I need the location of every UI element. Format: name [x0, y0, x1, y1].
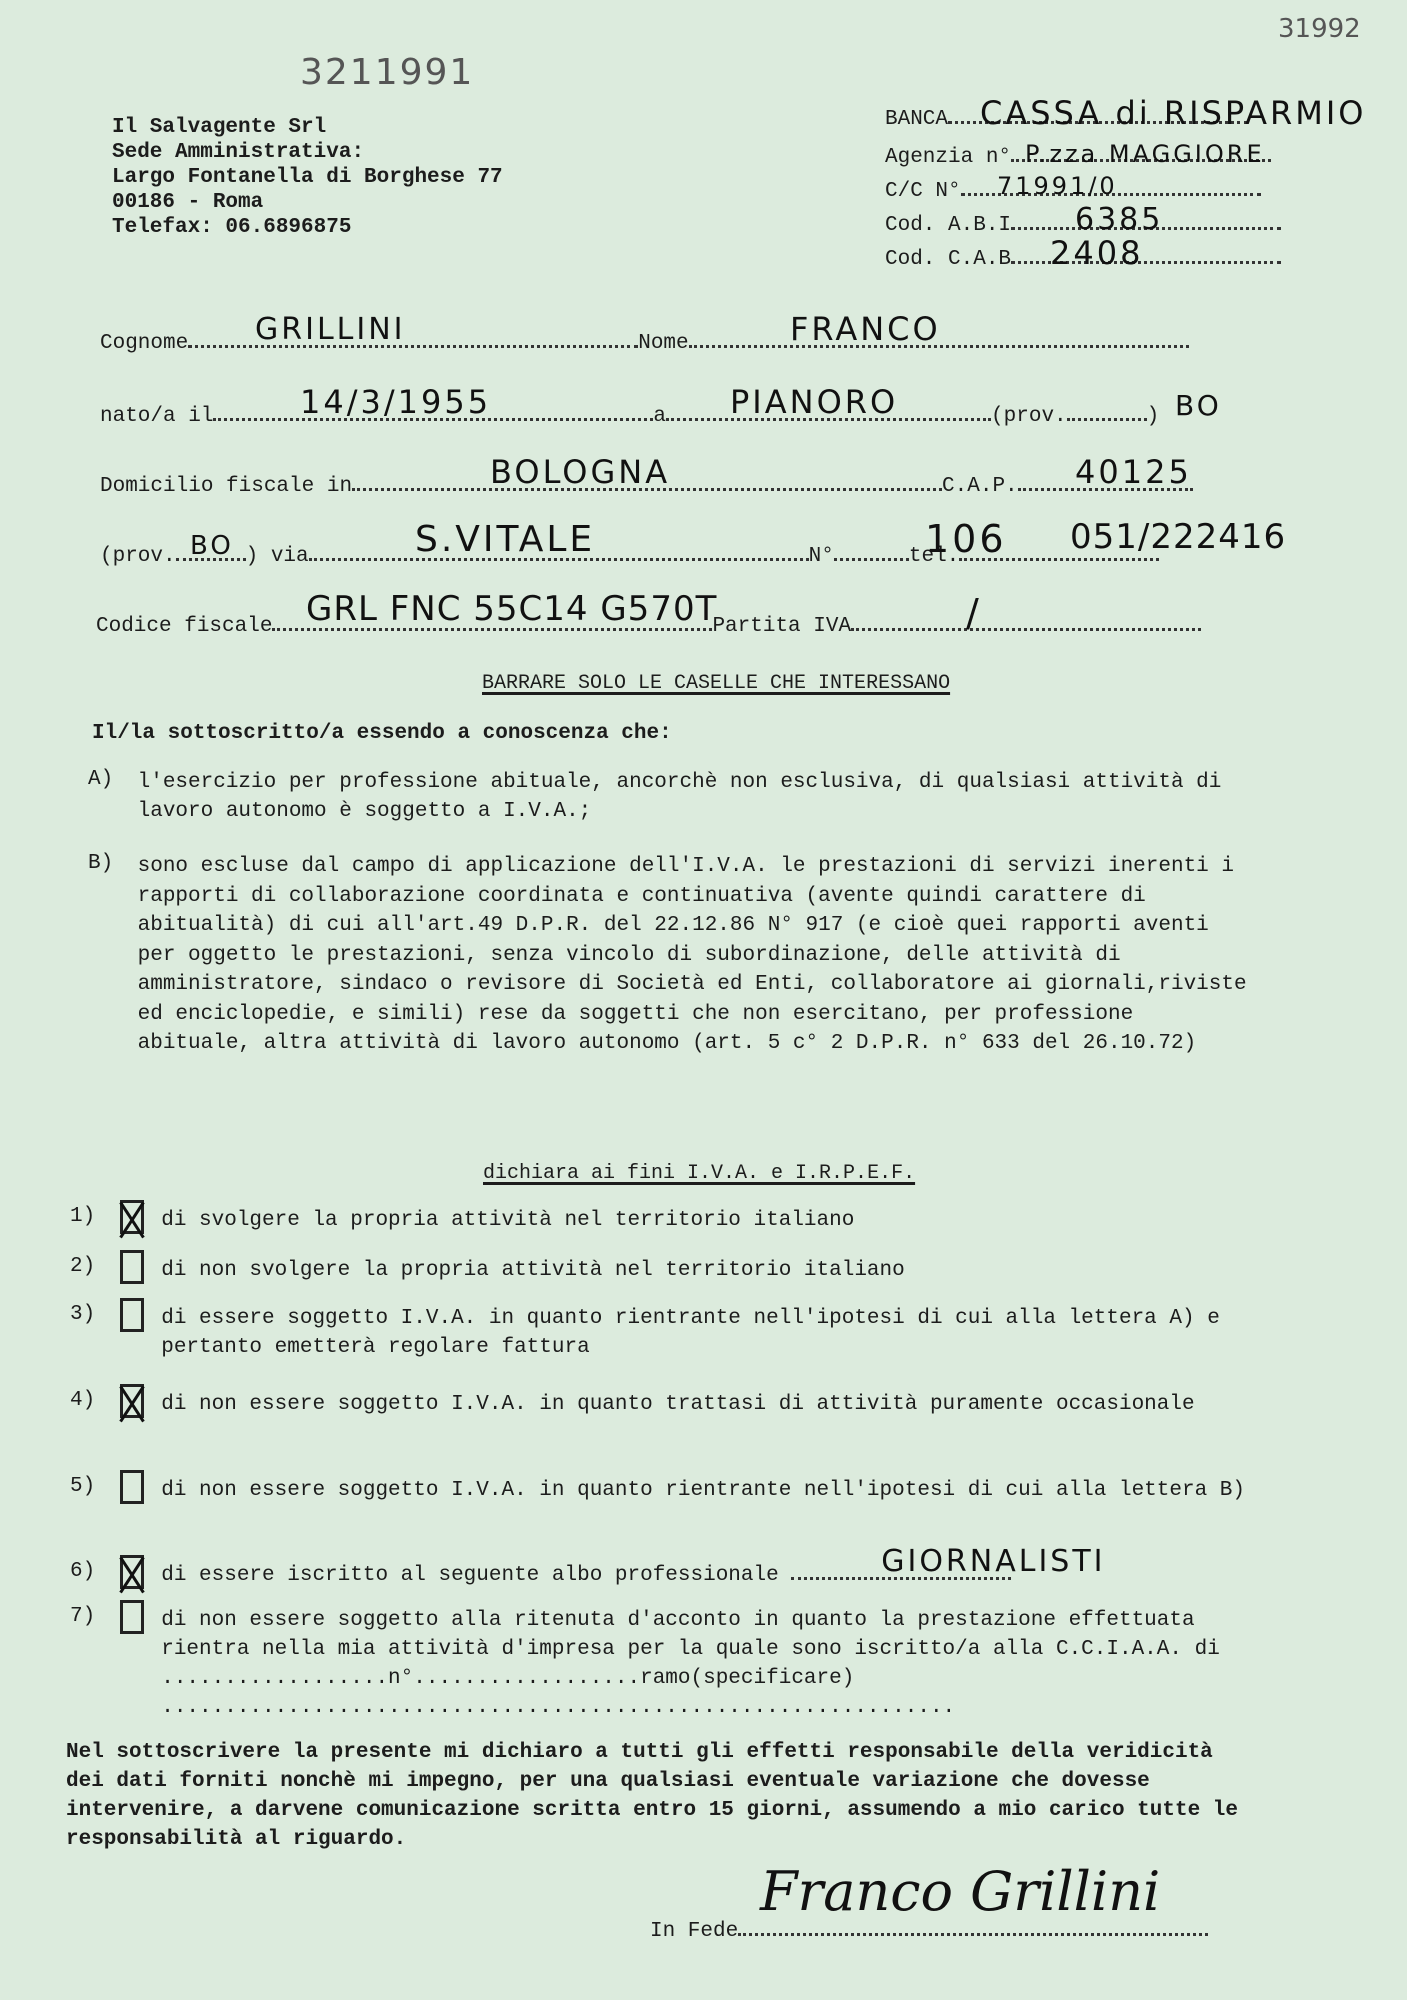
cab-value[interactable]: 2408 — [1050, 234, 1143, 272]
abi-value[interactable]: 6385 — [1075, 202, 1163, 237]
declaration-number: 5) — [70, 1475, 110, 1498]
prov2-value[interactable]: BO — [190, 531, 234, 561]
checkbox-5[interactable] — [120, 1470, 144, 1504]
birth-province-value[interactable]: BO — [1175, 389, 1222, 422]
declaration-item-3: 3) di essere soggetto I.V.A. in quanto r… — [70, 1298, 1320, 1362]
declaration-heading: dichiara ai fini I.V.A. e I.R.P.E.F. — [483, 1162, 915, 1185]
declaration-text: di non essere soggetto I.V.A. in quanto … — [161, 1476, 1261, 1505]
premise-a: A) l'esercizio per professione abituale,… — [88, 768, 1268, 826]
cognome-label: Cognome — [100, 332, 188, 355]
instructions-heading: BARRARE SOLO LE CASELLE CHE INTERESSANO — [482, 672, 950, 695]
intro-text: Il/la sottoscritto/a essendo a conoscenz… — [92, 722, 672, 745]
declaration-item-7: 7) di non essere soggetto alla ritenuta … — [70, 1600, 1320, 1722]
declaration-item-6: 6) di essere iscritto al seguente albo p… — [70, 1555, 1320, 1590]
cf-label: Codice fiscale — [96, 615, 272, 638]
premise-b: B) sono escluse dal campo di applicazion… — [88, 852, 1268, 1059]
company-name: Il Salvagente Srl — [112, 115, 503, 140]
declaration-number: 6) — [70, 1560, 110, 1583]
piva-label: Partita IVA — [712, 615, 851, 638]
cc-value[interactable]: 71991/0 — [997, 172, 1118, 200]
checkbox-6[interactable] — [120, 1555, 144, 1589]
checkbox-2[interactable] — [120, 1250, 144, 1284]
declaration-number: 1) — [70, 1205, 110, 1228]
company-address: Largo Fontanella di Borghese 77 — [112, 165, 503, 190]
cab-row: Cod. C.A.B 2408 — [885, 248, 1305, 282]
declaration-text: di essere soggetto I.V.A. in quanto rien… — [161, 1304, 1261, 1362]
bank-label: BANCA — [885, 108, 948, 131]
tel-value[interactable]: 051/222416 — [1070, 517, 1286, 557]
domicilio-row: Domicilio fiscale inC.A.P. BOLOGNA 40125 — [100, 475, 1280, 498]
declaration-text-wrap: di essere iscritto al seguente albo prof… — [161, 1561, 1261, 1590]
declaration-number: 4) — [70, 1389, 110, 1412]
nome-label: Nome — [638, 332, 688, 355]
declaration-number: 7) — [70, 1605, 110, 1628]
via-value[interactable]: S.VITALE — [415, 519, 595, 560]
signature-row: In Fede — [650, 1920, 1208, 1943]
declaration-item-4: 4) di non essere soggetto I.V.A. in quan… — [70, 1384, 1320, 1419]
company-header: Il Salvagente Srl Sede Amministrativa: L… — [112, 115, 503, 240]
declaration-text: di non essere soggetto I.V.A. in quanto … — [161, 1390, 1261, 1419]
codice-fiscale-row: Codice fiscalePartita IVA GRL FNC 55C14 … — [96, 615, 1276, 638]
indirizzo-row: (prov.) viaN°tel. BO S.VITALE 106 051/22… — [100, 545, 1280, 568]
cognome-nome-row: CognomeNome GRILLINI FRANCO — [100, 332, 1280, 355]
agenzia-value[interactable]: P.zza MAGGIORE — [1025, 140, 1265, 168]
premise-text: sono escluse dal campo di applicazione d… — [138, 852, 1258, 1059]
handwritten-year-note: 31992 — [1278, 14, 1361, 44]
bank-details: BANCA CASSA di RISPARMIO Agenzia n° P.zz… — [885, 108, 1305, 282]
via-label: ) via — [246, 545, 309, 568]
signature: Franco Grillini — [760, 1860, 1160, 1923]
prov2-label: (prov. — [100, 545, 176, 568]
cab-label: Cod. C.A.B — [885, 248, 1011, 271]
prov-close: ) — [1147, 405, 1160, 428]
company-city: 00186 - Roma — [112, 190, 503, 215]
nato-label: nato/a il — [100, 405, 213, 428]
piva-value[interactable]: / — [966, 591, 982, 635]
signature-label: In Fede — [650, 1920, 738, 1943]
bank-value[interactable]: CASSA di RISPARMIO — [980, 94, 1366, 132]
declaration-item-5: 5) di non essere soggetto I.V.A. in quan… — [70, 1470, 1320, 1505]
domicilio-label: Domicilio fiscale in — [100, 475, 352, 498]
checkbox-3[interactable] — [120, 1298, 144, 1332]
domicilio-value[interactable]: BOLOGNA — [490, 453, 670, 491]
albo-value[interactable]: GIORNALISTI — [881, 1547, 1105, 1576]
checkbox-4[interactable] — [120, 1384, 144, 1418]
cf-value[interactable]: GRL FNC 55C14 G570T — [306, 589, 717, 629]
checkbox-1[interactable] — [120, 1200, 144, 1234]
declaration-text: di non essere soggetto alla ritenuta d'a… — [161, 1606, 1261, 1722]
birth-place-value[interactable]: PIANORO — [730, 383, 898, 421]
prov-label: (prov. — [991, 405, 1067, 428]
declaration-number: 3) — [70, 1303, 110, 1326]
declaration-text: di non svolgere la propria attività nel … — [161, 1256, 1261, 1285]
handwritten-reference-number: 3211991 — [300, 52, 474, 93]
declaration-item-1: 1) di svolgere la propria attività nel t… — [70, 1200, 1320, 1235]
declaration-text: di svolgere la propria attività nel terr… — [161, 1206, 1261, 1235]
checkbox-7[interactable] — [120, 1600, 144, 1634]
cap-label: C.A.P. — [942, 475, 1018, 498]
declaration-number: 2) — [70, 1255, 110, 1278]
company-telefax: Telefax: 06.6896875 — [112, 215, 503, 240]
nome-value[interactable]: FRANCO — [790, 310, 941, 348]
cognome-value[interactable]: GRILLINI — [255, 312, 406, 347]
declaration-text: di essere iscritto al seguente albo prof… — [161, 1564, 779, 1587]
premise-text: l'esercizio per professione abituale, an… — [138, 768, 1258, 826]
premise-letter: B) — [88, 852, 128, 875]
company-office-label: Sede Amministrativa: — [112, 140, 503, 165]
closing-statement: Nel sottoscrivere la presente mi dichiar… — [66, 1738, 1246, 1854]
agenzia-label: Agenzia n° — [885, 146, 1011, 169]
nascita-row: nato/a ila(prov.) 14/3/1955 PIANORO BO — [100, 405, 1280, 428]
numero-value[interactable]: 106 — [925, 517, 1007, 561]
cap-value[interactable]: 40125 — [1075, 453, 1192, 491]
numero-label: N° — [809, 545, 834, 568]
cc-label: C/C N° — [885, 180, 961, 203]
premise-letter: A) — [88, 768, 128, 791]
declaration-item-2: 2) di non svolgere la propria attività n… — [70, 1250, 1320, 1285]
a-label: a — [653, 405, 666, 428]
birth-date-value[interactable]: 14/3/1955 — [300, 383, 491, 421]
abi-label: Cod. A.B.I — [885, 214, 1011, 237]
